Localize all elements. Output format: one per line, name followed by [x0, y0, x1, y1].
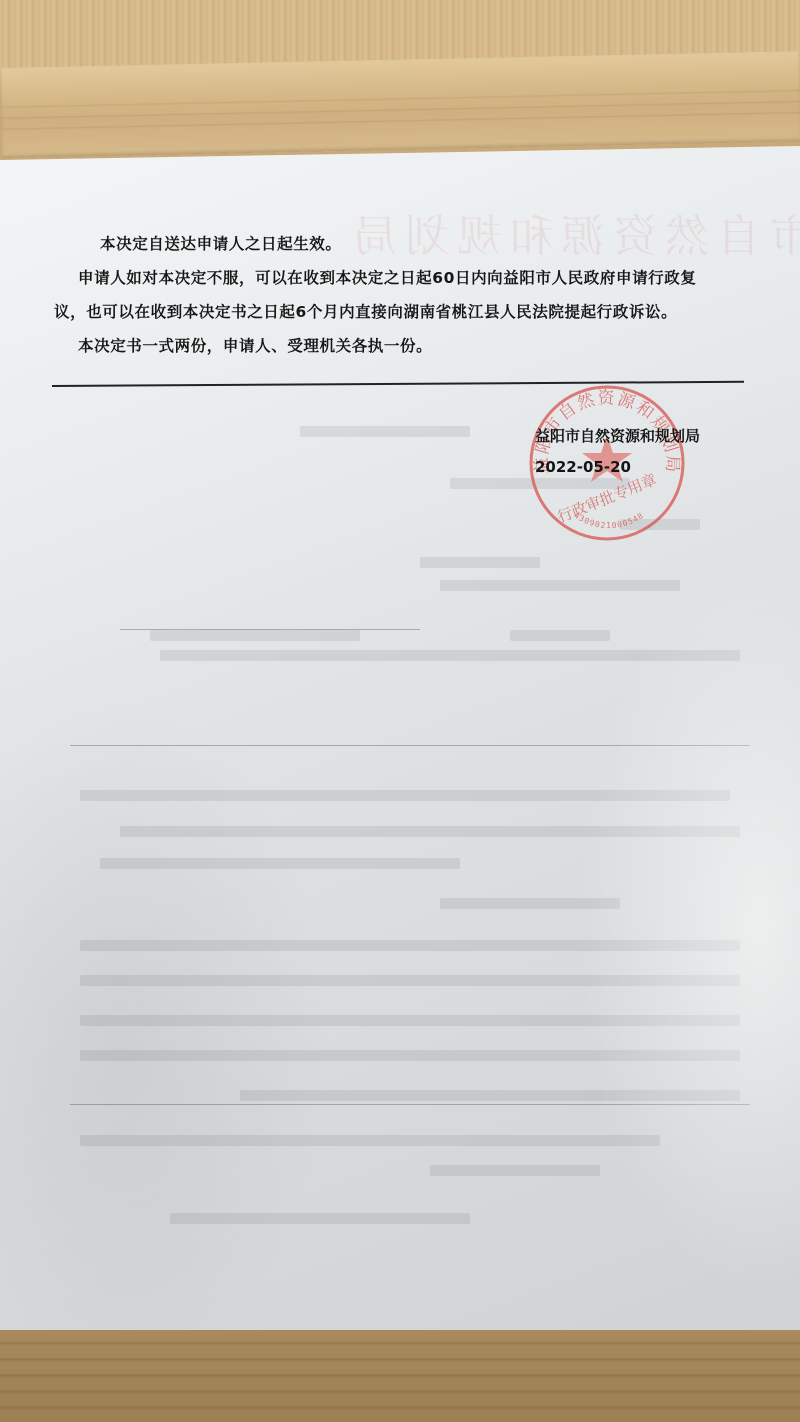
show-through-line — [150, 630, 360, 641]
show-through-rule — [70, 745, 750, 746]
show-through-line — [420, 557, 540, 568]
show-through-line — [440, 580, 680, 591]
show-through-line — [120, 826, 740, 837]
signing-organization: 益阳市自然资源和规划局 — [535, 425, 700, 446]
show-through-line — [440, 898, 620, 909]
wooden-shelf-edge — [0, 51, 800, 158]
show-through-rule — [70, 1104, 750, 1105]
show-through-line — [160, 650, 740, 661]
paragraph-effective: 本决定自送达申请人之日起生效。 — [100, 232, 342, 254]
show-through-line — [430, 1165, 600, 1176]
show-through-line — [80, 790, 730, 801]
show-through-line — [80, 975, 740, 986]
show-through-line — [80, 1135, 660, 1146]
wooden-table-surface — [0, 1330, 800, 1422]
show-through-line — [300, 426, 470, 437]
show-through-title: 益阳市自然资源和规划局 — [345, 200, 800, 264]
paragraph-copies: 本决定书一式两份，申请人、受理机关各执一份。 — [78, 334, 432, 356]
signing-date: 2022-05-20 — [535, 458, 631, 476]
paragraph-appeal-line-1: 申请人如对本决定不服，可以在收到本决定之日起60日内向益阳市人民政府申请行政复 — [78, 266, 696, 288]
show-through-line — [510, 630, 610, 641]
show-through-line — [240, 1090, 740, 1101]
show-through-line — [170, 1213, 470, 1224]
show-through-line — [80, 940, 740, 951]
show-through-line — [80, 1015, 740, 1026]
show-through-line — [80, 1050, 740, 1061]
paragraph-appeal-line-2: 议，也可以在收到本决定书之日起6个月内直接向湖南省桃江县人民法院提起行政诉讼。 — [54, 300, 677, 322]
show-through-rule — [120, 629, 420, 630]
show-through-line — [100, 858, 460, 869]
document-paper — [0, 146, 800, 1330]
